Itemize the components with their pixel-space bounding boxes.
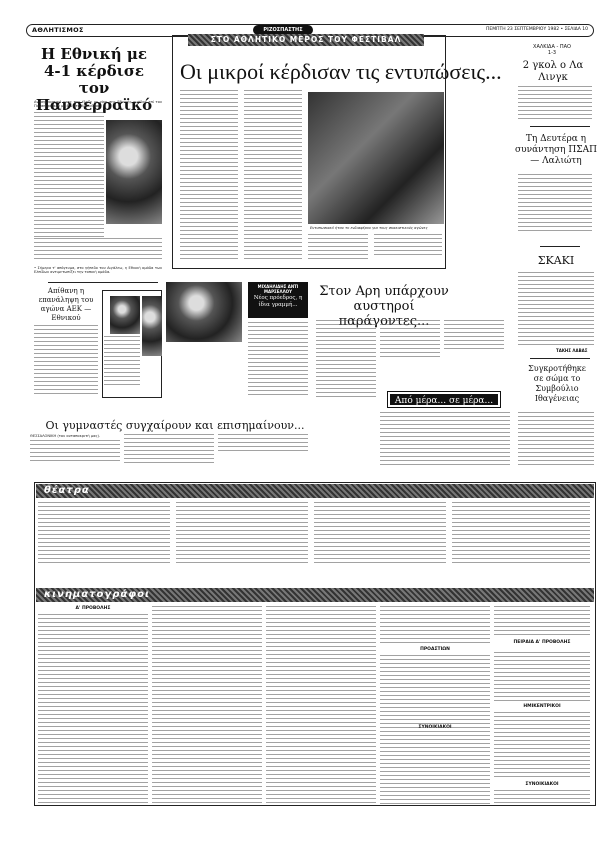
psap-headline: Τη Δευτέρα η συνάντηση ΠΣΑΠ — Λαλιώτη [514, 134, 598, 167]
cinema-col-2 [152, 606, 262, 804]
apo-mera-body [380, 412, 510, 468]
divider [48, 282, 158, 283]
chalkida-headline: 2 γκολ ο Λα Λινγκ [520, 60, 586, 84]
theatre-col-2 [176, 502, 308, 564]
cinema-col-5c [494, 712, 590, 778]
divider [530, 358, 590, 359]
gymnastes-col-2 [124, 434, 214, 464]
cinema-section-imikentrikoi: ΗΜΙΚΕΝΤΡΙΚΟΙ [494, 704, 590, 709]
festival-photo-caption: Εντυπωσιακό ήταν το ενδιαφέρον για τους … [310, 226, 446, 230]
symvoulio-headline: Συγκροτήθηκε σε σώμα το Συμβούλιο Ιθαγέν… [524, 364, 590, 404]
festival-col-2 [244, 90, 302, 262]
michailidis-kicker: ΜΙΧΑΗΛΙΔΗΣ ΑΝΤΙ ΜΑΡΣΕΛΛΟΥ [250, 284, 306, 294]
festival-col-4 [374, 234, 442, 256]
cinema-col-1 [38, 614, 148, 804]
theatre-col-4 [452, 502, 590, 564]
cinema-col-5b [494, 652, 590, 702]
festival-col-3 [308, 234, 368, 262]
festival-chess-photo [308, 92, 444, 224]
cinema-col-5d [494, 790, 590, 804]
apo-mera-headline: Από μέρα... σε μέρα... [388, 392, 500, 407]
ethniki-body [34, 112, 104, 238]
aek-photo-2 [142, 296, 162, 356]
cinema-section-a-provolis: Α' ΠΡΟΒΟΛΗΣ [38, 606, 148, 611]
divider [530, 126, 590, 127]
cinema-section-synoikiakoi-2: ΣΥΝΟΙΚΙΑΚΟΙ [494, 782, 590, 787]
theatre-col-1 [38, 502, 170, 564]
festival-col-1 [180, 90, 238, 262]
aek-caption [104, 336, 140, 386]
symvoulio-body [518, 412, 594, 468]
michailidis-headline: Νέος πρόεδρος, η ίδια γραμμή... [250, 295, 306, 309]
gymnastes-lead: ΘΕΣΣΑΛΟΝΙΚΗ (του ανταποκριτή μας). [30, 434, 120, 438]
theatre-banner: θέατρα [36, 484, 594, 498]
skaki-body [518, 272, 594, 346]
cinema-section-proastion: ΠΡΟΑΣΤΙΩΝ [380, 647, 490, 652]
festival-headline: Οι μικροί κέρδισαν τις εντυπώσεις... [180, 60, 444, 84]
ethniki-body-bottom [34, 238, 162, 262]
cinema-col-3 [266, 606, 376, 804]
chalkida-kicker: ΧΑΛΚΙΔΑ - ΠΑΟ 1-3 [530, 44, 574, 56]
theatre-col-3 [314, 502, 446, 564]
aek-photo [110, 296, 140, 334]
aris-col-3 [444, 320, 504, 350]
aris-col-1 [316, 320, 376, 398]
aek-headline: Απίθανη η επανάληψη του αγώνα ΑΕΚ — Εθνι… [34, 287, 98, 323]
skaki-headline: ΣΚΑΚΙ [520, 254, 592, 267]
section-label: ΑΘΛΗΤΙΣΜΟΣ [32, 26, 84, 34]
festival-kicker: ΣΤΟ ΑΘΛΗΤΙΚΟ ΜΕΡΟΣ ΤΟΥ ΦΕΣΤΙΒΑΛ [188, 34, 424, 46]
aris-col-2 [380, 320, 440, 358]
aek-body [34, 325, 98, 397]
skaki-byline: ΤΑΚΗΣ ΛΑΒΑΣ [556, 348, 587, 353]
ethniki-lead: Ανταγωνιστικό ματς που έληξε με νίκη της… [34, 100, 162, 109]
michailidis-photo [166, 282, 242, 342]
gymnastes-col-3 [218, 434, 308, 454]
gymnastes-col-1 [30, 440, 120, 464]
psap-body [518, 174, 592, 232]
cinema-col-4 [380, 606, 490, 644]
ethniki-footer-note: • Σήμερα τ' απόγευμα, στο γήπεδο του Αιγ… [34, 266, 162, 275]
gymnastes-headline: Οι γυμναστές συγχαίρουν και επισημαίνουν… [30, 419, 320, 432]
date-page: ΠΕΜΠΤΗ 23 ΣΕΠΤΕΜΒΡΙΟΥ 1982 • ΣΕΛΙΔΑ 10 [486, 27, 588, 32]
cinema-section-peiraia: ΠΕΙΡΑΙΑ Α' ΠΡΟΒΟΛΗΣ [494, 640, 590, 645]
ethniki-player-photo [106, 120, 162, 224]
cinema-col-4b [380, 655, 490, 804]
cinema-col-5 [494, 606, 590, 636]
cinema-banner: κινηματογράφοι [36, 588, 594, 602]
michailidis-body [248, 322, 308, 398]
chalkida-body [518, 86, 592, 122]
divider [540, 246, 580, 247]
